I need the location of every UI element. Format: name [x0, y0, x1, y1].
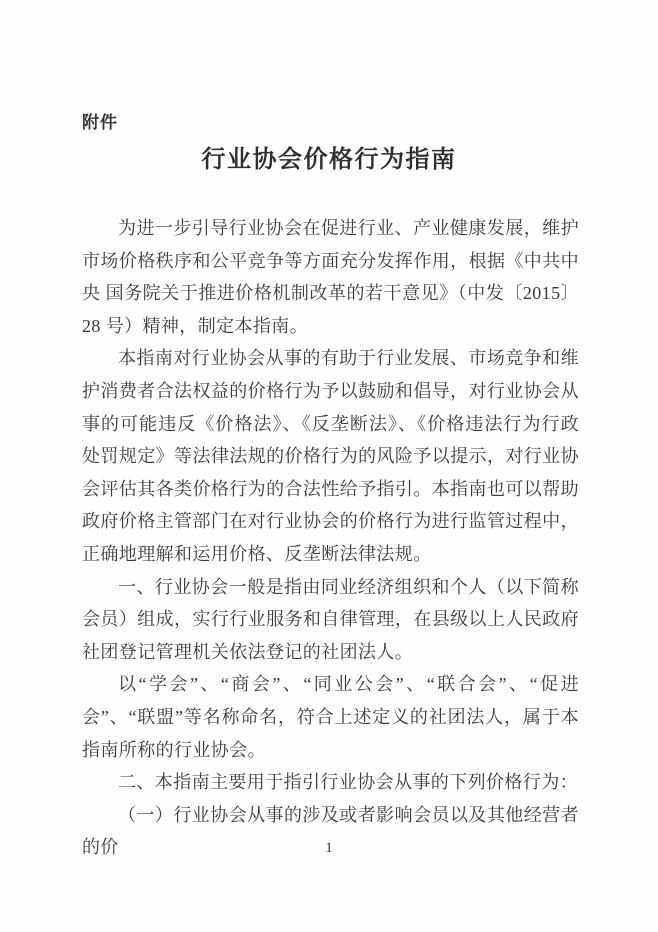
body-paragraph: 一、行业协会一般是指由同业经济组织和个人（以下简称会员）组成，实行行业服务和自律…: [82, 571, 579, 669]
body-paragraph: 以“学会”、“商会”、“同业公会”、“联合会”、“促进会”、“联盟”等名称命名，…: [82, 668, 579, 766]
document-page: 附件 行业协会价格行为指南 为进一步引导行业协会在促进行业、产业健康发展，维护市…: [0, 0, 658, 932]
document-body: 为进一步引导行业协会在促进行业、产业健康发展，维护市场价格秩序和公平竞争等方面充…: [82, 212, 579, 864]
body-paragraph: 为进一步引导行业协会在促进行业、产业健康发展，维护市场价格秩序和公平竞争等方面充…: [82, 212, 579, 342]
page-number: 1: [0, 840, 658, 857]
body-paragraph: 本指南对行业协会从事的有助于行业发展、市场竞争和维护消费者合法权益的价格行为予以…: [82, 342, 579, 570]
body-paragraph: 二、本指南主要用于指引行业协会从事的下列价格行为：: [82, 766, 579, 799]
attachment-label: 附件: [82, 108, 118, 133]
page-title: 行业协会价格行为指南: [0, 139, 658, 174]
